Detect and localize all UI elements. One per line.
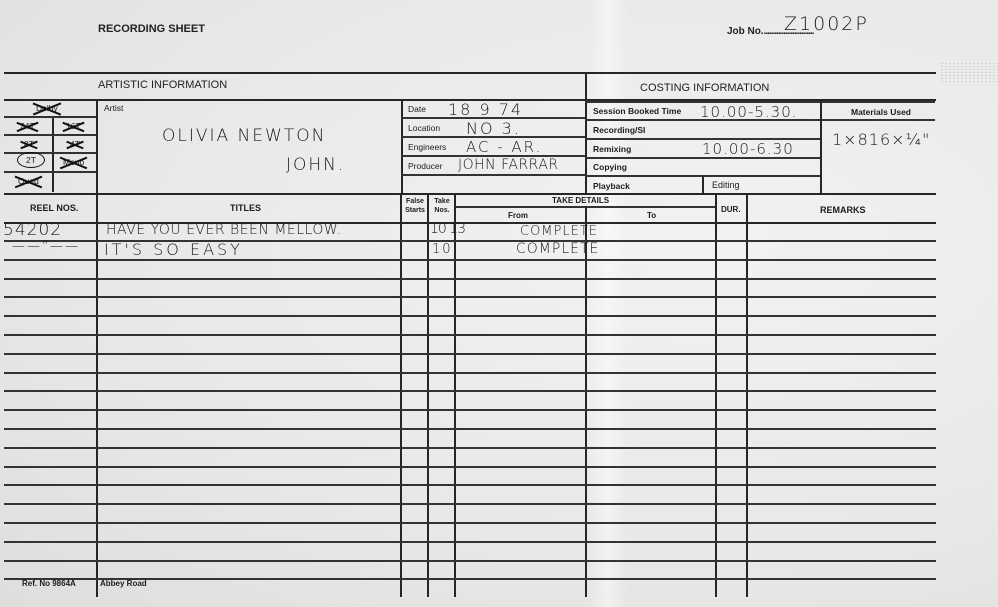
table-row-rule <box>4 466 936 468</box>
studio-name: Abbey Road <box>100 579 147 588</box>
table-row-rule <box>4 447 936 449</box>
materials-label: Materials Used <box>851 107 911 117</box>
table-row-rule <box>4 372 936 374</box>
header-reel: REEL NOS. <box>30 203 78 213</box>
col-false-starts <box>400 193 402 597</box>
engineers-label: Engineers <box>408 142 446 152</box>
header-take-details: TAKE DETAILS <box>552 196 609 205</box>
format-2t[interactable]: 2T <box>17 155 45 165</box>
header-to: To <box>647 211 656 220</box>
row1-take[interactable]: 10 13 <box>430 221 465 237</box>
location-value[interactable]: NO 3. <box>466 119 521 138</box>
producer-label: Producer <box>408 161 443 171</box>
details-divider <box>401 99 403 194</box>
row2-take[interactable]: 10 <box>432 242 453 257</box>
row1-reel[interactable]: 54202 <box>3 220 62 240</box>
rule-table-top <box>4 193 936 195</box>
table-row-rule <box>4 409 936 411</box>
table-row-rule <box>4 503 936 505</box>
col-dur <box>715 193 717 597</box>
remixing-value[interactable]: 10.00-6.30 <box>702 140 794 158</box>
table-row-rule <box>4 390 936 392</box>
editing-label: Editing <box>712 180 740 190</box>
row1-title[interactable]: HAVE YOU EVER BEEN MELLOW. <box>106 222 342 238</box>
table-row-rule <box>4 334 936 336</box>
row2-from[interactable]: COMPLETE <box>516 241 599 257</box>
col-remarks <box>746 193 748 597</box>
job-value[interactable]: Z1002P <box>784 13 869 35</box>
header-titles: TITLES <box>230 203 261 213</box>
materials-divider <box>820 101 822 194</box>
col-from <box>454 193 456 597</box>
table-row-rule <box>4 484 936 486</box>
table-row-rule <box>4 353 936 355</box>
recording-label: Recording/SI <box>593 125 645 135</box>
session-value[interactable]: 10.00-5.30. <box>700 103 798 121</box>
sheet-title: RECORDING SHEET <box>98 23 205 35</box>
date-label: Date <box>408 104 426 114</box>
costing-section-title: COSTING INFORMATION <box>640 82 769 94</box>
table-row-rule <box>4 296 936 298</box>
producer-value[interactable]: JOHN FARRAR <box>458 157 559 173</box>
format-rule-1 <box>4 116 96 118</box>
rule-top <box>4 72 936 74</box>
artistic-section-title: ARTISTIC INFORMATION <box>98 79 227 91</box>
table-row-rule <box>4 259 936 261</box>
playback-editing-divider <box>702 175 704 194</box>
table-row-rule <box>4 278 936 280</box>
copying-label: Copying <box>593 162 627 172</box>
format-rule-4 <box>4 171 96 173</box>
artist-line1[interactable]: OLIVIA NEWTON <box>162 126 326 146</box>
header-take-nos: Take Nos. <box>430 197 454 215</box>
paper-speckle <box>940 62 998 84</box>
playback-label: Playback <box>593 181 630 191</box>
header-dur: DUR. <box>721 205 741 214</box>
header-remarks: REMARKS <box>820 205 866 215</box>
header-false-starts: False Starts <box>403 197 427 215</box>
engineers-value[interactable]: AC - AR. <box>466 138 542 156</box>
location-label: Location <box>408 123 440 133</box>
format-4t[interactable]: 4T <box>70 139 80 149</box>
ref-number: Ref. No 9864A <box>22 579 76 588</box>
format-rule-3 <box>4 152 96 154</box>
row2-title[interactable]: IT'S SO EASY <box>104 240 243 259</box>
format-mono[interactable]: Mono <box>63 157 84 167</box>
date-value[interactable]: 18 9 74 <box>448 100 523 119</box>
format-16t[interactable]: 16T <box>66 121 81 131</box>
format-24t[interactable]: 24T <box>20 121 35 131</box>
table-row-rule <box>4 541 936 543</box>
paper-fold <box>588 0 628 607</box>
format-grid-divider <box>52 116 54 192</box>
table-row-rule <box>4 560 936 562</box>
format-8t[interactable]: 8T <box>24 139 34 149</box>
row2-reel[interactable]: ——"—— <box>12 239 80 254</box>
details-rule-4 <box>401 174 585 176</box>
col-take-nos <box>427 193 429 597</box>
remixing-label: Remixing <box>593 144 631 154</box>
format-quad[interactable]: Quad <box>18 176 39 186</box>
artist-label: Artist <box>104 103 123 113</box>
format-rule-2 <box>4 134 96 136</box>
table-row-rule <box>4 315 936 317</box>
artist-line2[interactable]: JOHN. <box>286 155 345 175</box>
table-row-rule <box>4 522 936 524</box>
format-dolby[interactable]: Dolby <box>36 103 58 113</box>
materials-value[interactable]: 1×816×¼" <box>832 130 930 149</box>
table-row-rule <box>4 428 936 430</box>
session-label: Session Booked Time <box>593 106 681 116</box>
job-label: Job No. <box>727 26 764 37</box>
header-from: From <box>508 211 528 220</box>
col-to <box>585 206 587 597</box>
row1-from[interactable]: COMPLETE <box>520 224 598 239</box>
